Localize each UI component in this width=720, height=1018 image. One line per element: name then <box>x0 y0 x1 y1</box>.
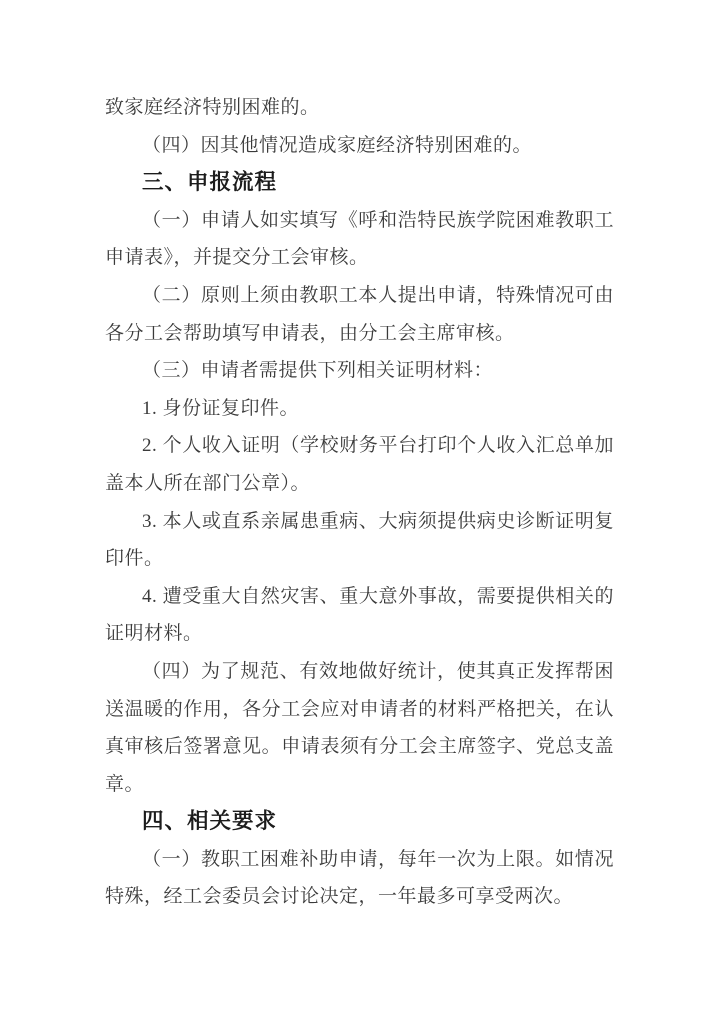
section-heading-3: 三、申报流程 <box>105 164 614 202</box>
section-heading-4: 四、相关要求 <box>105 803 614 841</box>
doc-line: 真审核后签署意见。申请表须有分工会主席签字、党总支盖 <box>105 728 614 766</box>
doc-line: （四）因其他情况造成家庭经济特别困难的。 <box>105 127 614 165</box>
doc-line: 致家庭经济特别困难的。 <box>105 89 614 127</box>
doc-line-numbered: 2. 个人收入证明（学校财务平台打印个人收入汇总单加 <box>105 427 614 465</box>
doc-line-numbered: 3. 本人或直系亲属患重病、大病须提供病史诊断证明复 <box>105 503 614 541</box>
doc-line: （二）原则上须由教职工本人提出申请，特殊情况可由 <box>105 277 614 315</box>
doc-line: （一）教职工困难补助申请，每年一次为上限。如情况 <box>105 841 614 879</box>
doc-line: （三）申请者需提供下列相关证明材料： <box>105 352 614 390</box>
doc-line-numbered: 1. 身份证复印件。 <box>105 390 614 428</box>
doc-line: 送温暖的作用，各分工会应对申请者的材料严格把关，在认 <box>105 691 614 729</box>
doc-line: 盖本人所在部门公章）。 <box>105 465 614 503</box>
document-body: 致家庭经济特别困难的。 （四）因其他情况造成家庭经济特别困难的。 三、申报流程 … <box>105 89 614 916</box>
document-page: 致家庭经济特别困难的。 （四）因其他情况造成家庭经济特别困难的。 三、申报流程 … <box>0 0 720 1018</box>
doc-line: 申请表》，并提交分工会审核。 <box>105 239 614 277</box>
doc-line: 章。 <box>105 766 614 804</box>
doc-line: 证明材料。 <box>105 615 614 653</box>
doc-line: （一）申请人如实填写《呼和浩特民族学院困难教职工 <box>105 202 614 240</box>
doc-line: 特殊，经工会委员会讨论决定，一年最多可享受两次。 <box>105 878 614 916</box>
doc-line-numbered: 4. 遭受重大自然灾害、重大意外事故，需要提供相关的 <box>105 578 614 616</box>
doc-line: （四）为了规范、有效地做好统计，使其真正发挥帮困 <box>105 653 614 691</box>
doc-line: 印件。 <box>105 540 614 578</box>
doc-line: 各分工会帮助填写申请表，由分工会主席审核。 <box>105 315 614 353</box>
